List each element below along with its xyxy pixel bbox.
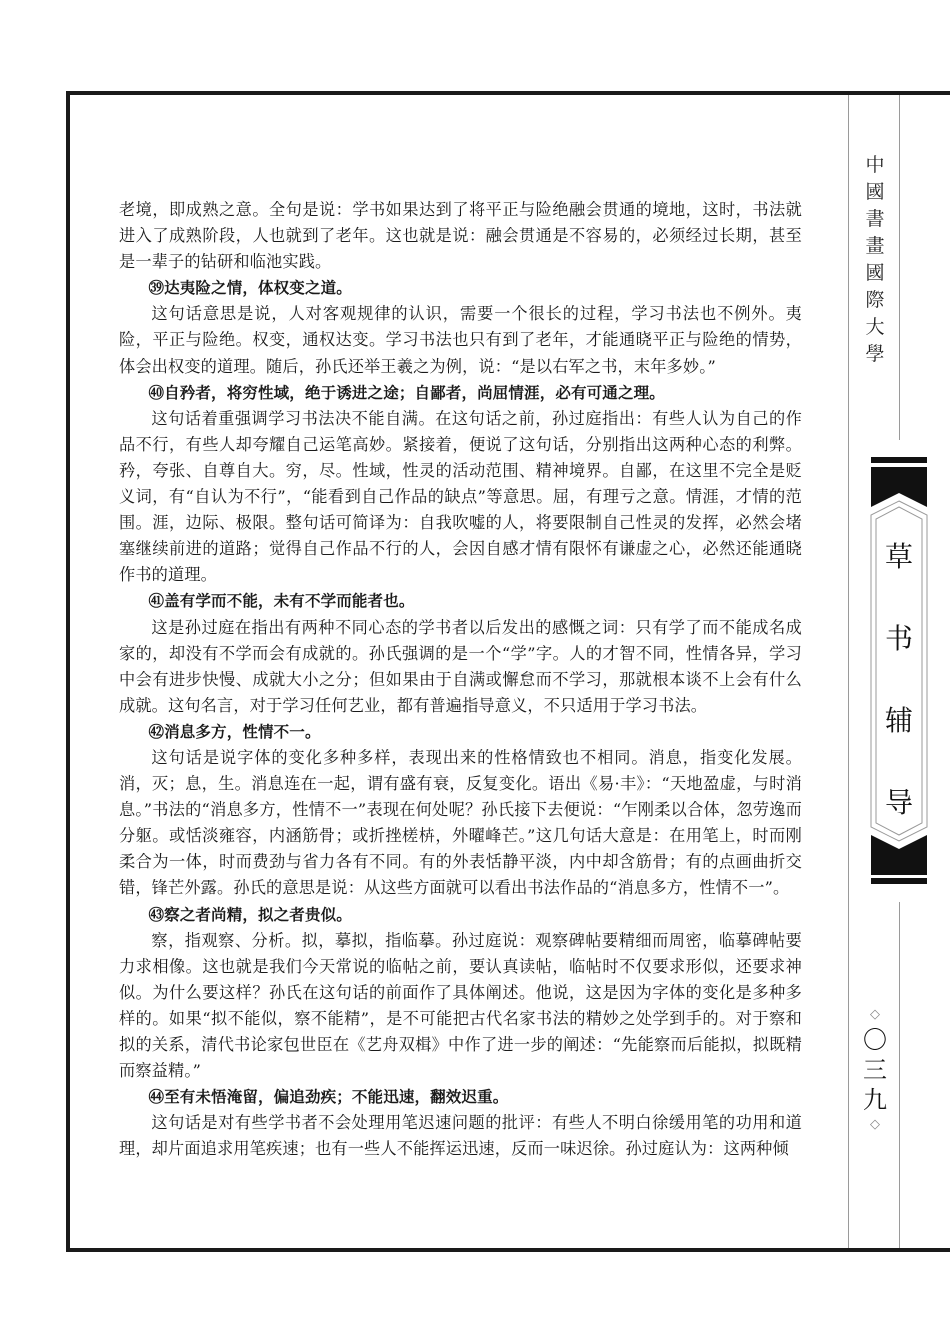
page-frame-left: [66, 91, 70, 1252]
diamond-icon: ◇: [862, 1005, 888, 1025]
sidebar-inner-line-bottom: [899, 902, 900, 1248]
paragraph: 这句话着重强调学习书法决不能自满。在这句话之前，孙过庭指出：有些人认为自己的作品…: [119, 406, 802, 589]
page-number-char: 三: [862, 1055, 888, 1085]
univ-char: 畫: [862, 233, 888, 260]
page-number-char: 九: [862, 1085, 888, 1115]
paragraph: 这是孙过庭在指出有两种不同心态的学书者以后发出的感慨之词：只有学了而不能成名成家…: [119, 615, 802, 719]
univ-char: 國: [862, 260, 888, 287]
sidebar-divider-line: [848, 95, 849, 1248]
diamond-icon: ◇: [862, 1115, 888, 1135]
section-title-vertical: 草 书 辅 导: [873, 540, 925, 868]
paragraph: 察，指观察、分析。拟，摹拟，指临摹。孙过庭说：观察碑帖要精细而周密，临摹碑帖要力…: [119, 928, 802, 1085]
page-frame-top: [66, 91, 950, 95]
paragraph: 老境，即成熟之意。全句是说：学书如果达到了将平正与险绝融会贯通的境地，这时，书法…: [119, 197, 802, 275]
ornament-bottom-bar: [871, 878, 927, 884]
title-char: 书: [873, 622, 925, 704]
univ-char: 中: [862, 152, 888, 179]
page-frame-bottom: [66, 1248, 950, 1252]
title-char: 辅: [873, 704, 925, 786]
univ-char: 際: [862, 287, 888, 314]
univ-char: 大: [862, 314, 888, 341]
body-text: 老境，即成熟之意。全句是说：学书如果达到了将平正与险绝融会贯通的境地，这时，书法…: [119, 197, 802, 1162]
annotation-heading: ㊵自矜者，将穷性域，绝于诱进之途；自鄙者，尚屈情涯，必有可通之理。: [119, 380, 802, 406]
annotation-heading: ㊷消息多方，性情不一。: [119, 719, 802, 745]
annotation-heading: ㊴达夷险之情，体权变之道。: [119, 275, 802, 301]
annotation-heading: ㊸察之者尚精，拟之者贵似。: [119, 902, 802, 928]
paragraph: 这句话是说字体的变化多种多样，表现出来的性格情致也不相同。消息，指变化发展。消，…: [119, 745, 802, 902]
univ-char: 國: [862, 179, 888, 206]
sidebar-inner-line-top: [899, 95, 900, 440]
annotation-heading: ㊶盖有学而不能，未有不学而能者也。: [119, 588, 802, 614]
univ-char: 書: [862, 206, 888, 233]
title-char: 草: [873, 540, 925, 622]
paragraph: 这句话是对有些学书者不会处理用笔迟速问题的批评：有些人不明白徐缓用笔的功用和道理…: [119, 1110, 802, 1162]
title-char: 导: [873, 786, 925, 868]
univ-char: 學: [862, 341, 888, 368]
paragraph: 这句话意思是说，人对客观规律的认识，需要一个很长的过程，学习书法也不例外。夷险，…: [119, 301, 802, 379]
ornament-top-bar: [871, 457, 927, 463]
annotation-heading: ㊹至有未悟淹留，偏追劲疾；不能迅速，翻效迟重。: [119, 1084, 802, 1110]
page-number-char: 〇: [862, 1025, 888, 1055]
page-number: ◇ 〇 三 九 ◇: [862, 1005, 888, 1135]
university-name-vertical: 中 國 書 畫 國 際 大 學: [862, 152, 888, 368]
